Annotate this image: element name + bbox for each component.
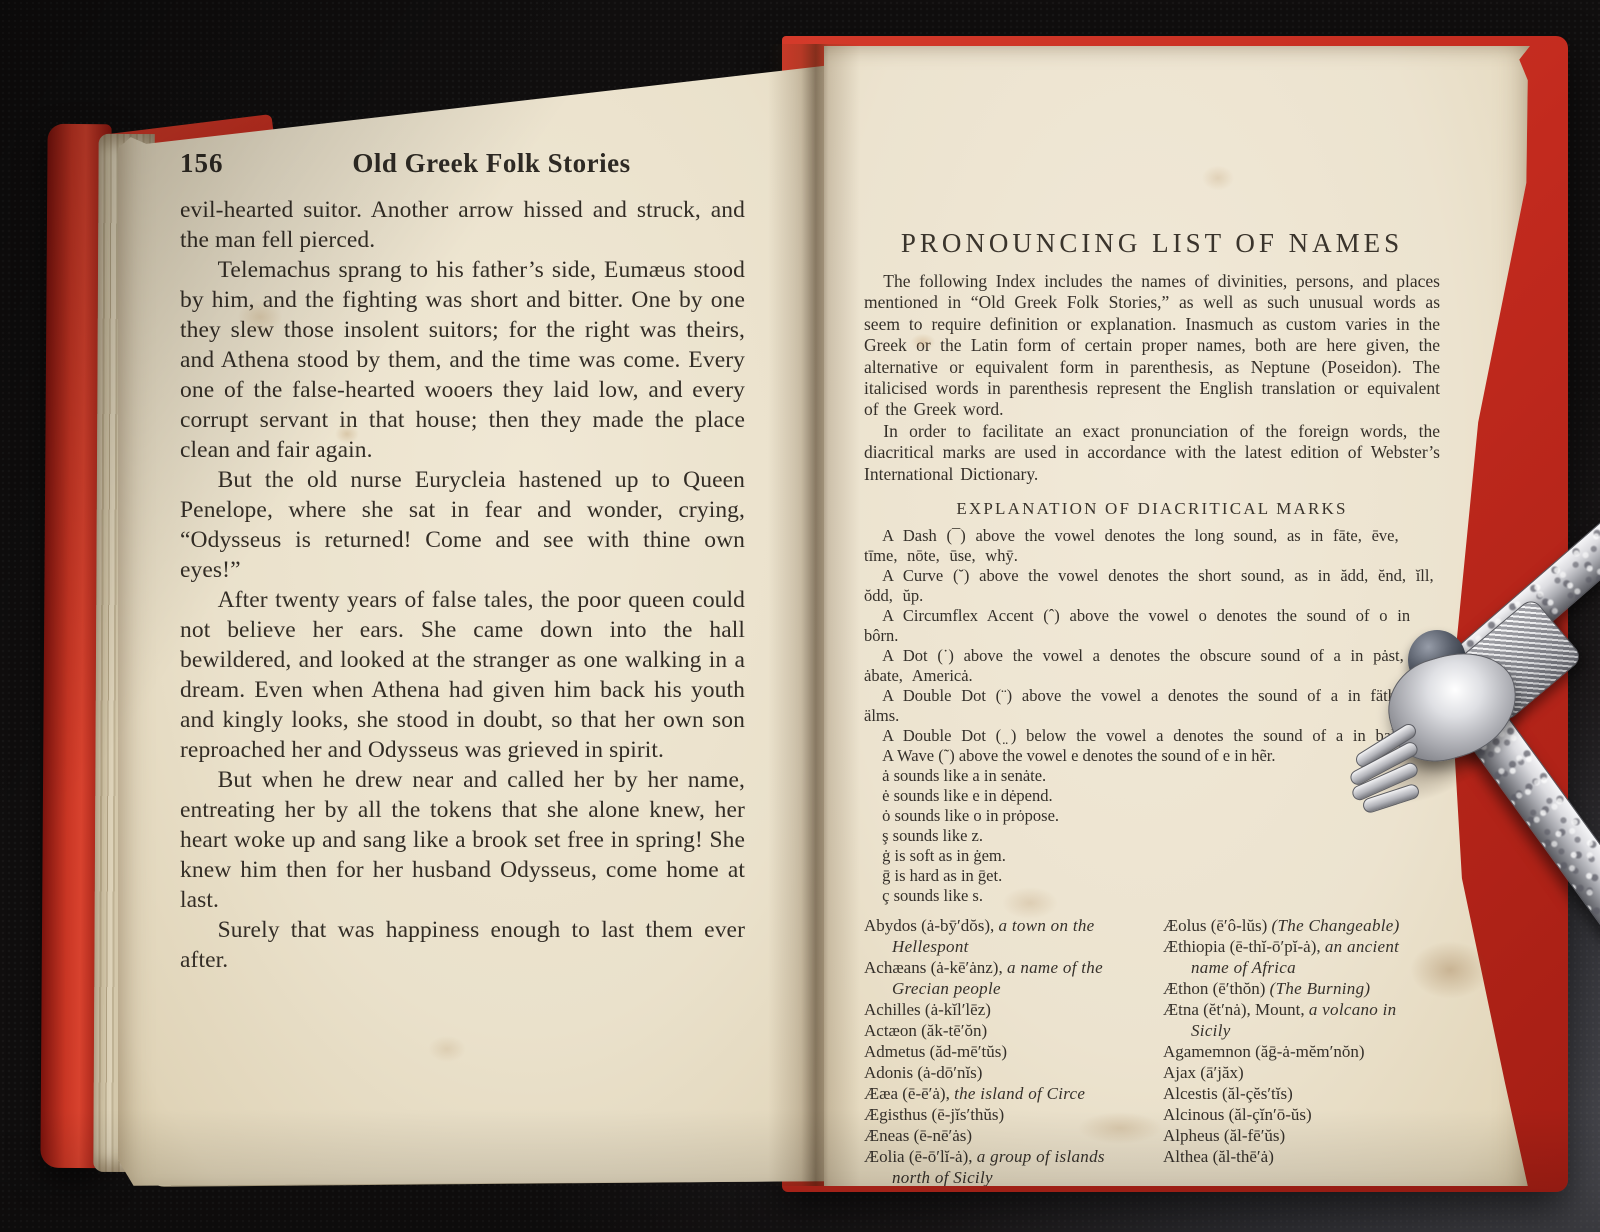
right-page: PRONOUNCING LIST OF NAMES The following … — [824, 46, 1532, 1186]
entry-name-pronunciation: Æthiopia (ē-thĭ-ō′pĭ-ȧ), — [1163, 937, 1325, 956]
entry-name-pronunciation: Agamemnon (ăḡ-ȧ-mĕm′nŏn) — [1163, 1042, 1365, 1061]
story-paragraph: But when he drew near and called her by … — [180, 765, 745, 915]
entry-name-pronunciation: Althea (ăl-thē′ȧ) — [1163, 1147, 1274, 1166]
name-entry: Abydos (ȧ-bȳ′dŏs), a town on the Hellesp… — [864, 915, 1141, 957]
name-entry: Æolia (ē-ō′lĭ-ȧ), a group of islands nor… — [864, 1146, 1141, 1186]
intro-paragraph: The following Index includes the names o… — [864, 271, 1440, 421]
entry-name-pronunciation: Admetus (ăd-mē′tŭs) — [864, 1042, 1007, 1061]
name-entry: Æneas (ē-nē′ȧs) — [864, 1125, 1141, 1146]
diacritical-rule: ş sounds like z. — [864, 826, 1440, 846]
diacritical-rule: A Dash (¯) above the vowel denotes the l… — [864, 526, 1440, 566]
diacritical-rule: A Curve (˘) above the vowel denotes the … — [864, 566, 1440, 606]
page-title: PRONOUNCING LIST OF NAMES — [864, 228, 1440, 259]
name-entry: Achæans (ȧ-kē′ȧnz), a name of the Grecia… — [864, 957, 1141, 999]
entry-name-pronunciation: Ætna (ĕt′nȧ), Mount, — [1163, 1000, 1309, 1019]
page-number-left: 156 — [180, 148, 298, 179]
entry-name-pronunciation: Actæon (ăk-tē′ŏn) — [864, 1021, 987, 1040]
name-entry: Æthon (ē′thŏn) (The Burning) — [1163, 978, 1440, 999]
name-entry: Actæon (ăk-tē′ŏn) — [864, 1020, 1141, 1041]
left-page: 156 Old Greek Folk Stories evil-hearted … — [118, 58, 824, 1188]
name-entry: Ææa (ē-ē′ȧ), the island of Circe — [864, 1083, 1141, 1104]
name-entry: Æolus (ē′ô-lŭs) (The Changeable) — [1163, 915, 1440, 936]
entry-gloss: (The Burning) — [1270, 979, 1371, 998]
intro-paragraph: In order to facilitate an exact pronunci… — [864, 421, 1440, 485]
name-entry: Achilles (ȧ-kĭl′lēz) — [864, 999, 1141, 1020]
diacritical-rules: A Dash (¯) above the vowel denotes the l… — [864, 526, 1440, 906]
entry-name-pronunciation: Achæans (ȧ-kē′ȧnz), — [864, 958, 1007, 977]
entry-name-pronunciation: Abydos (ȧ-bȳ′dŏs), — [864, 916, 999, 935]
diacritical-rule: A Dot (˙) above the vowel a denotes the … — [864, 646, 1440, 686]
entry-name-pronunciation: Ææa (ē-ē′ȧ), — [864, 1084, 954, 1103]
diacritical-rule: ç sounds like s. — [864, 886, 1440, 906]
name-entry: Ægisthus (ē-jĭs′thŭs) — [864, 1104, 1141, 1125]
name-list: Abydos (ȧ-bȳ′dŏs), a town on the Hellesp… — [864, 915, 1440, 1186]
left-page-header: 156 Old Greek Folk Stories — [180, 148, 745, 179]
name-entry: Admetus (ăd-mē′tŭs) — [864, 1041, 1141, 1062]
name-entry: Æthiopia (ē-thĭ-ō′pĭ-ȧ), an ancient name… — [1163, 936, 1440, 978]
entry-name-pronunciation: Alcestis (ăl-çĕs′tĭs) — [1163, 1084, 1293, 1103]
story-paragraph: Surely that was happiness enough to last… — [180, 915, 745, 975]
entry-name-pronunciation: Achilles (ȧ-kĭl′lēz) — [864, 1000, 991, 1019]
diacritical-rule: ȧ sounds like a in senȧte. — [864, 766, 1440, 786]
entry-name-pronunciation: Ægisthus (ē-jĭs′thŭs) — [864, 1105, 1004, 1124]
entry-gloss: the island of Circe — [954, 1084, 1085, 1103]
name-list-right-column: Æolus (ē′ô-lŭs) (The Changeable) Æthiopi… — [1163, 915, 1440, 1186]
diacritical-rule: ȯ sounds like o in prȯpose. — [864, 806, 1440, 826]
name-entry: Alcestis (ăl-çĕs′tĭs) — [1163, 1083, 1440, 1104]
diacritical-rule: A Double Dot ( ̤) below the vowel a deno… — [864, 726, 1440, 746]
entry-name-pronunciation: Alcinous (ăl-çĭn′ō-ŭs) — [1163, 1105, 1312, 1124]
entry-name-pronunciation: Ajax (ā′jăx) — [1163, 1063, 1244, 1082]
name-entry: Althea (ăl-thē′ȧ) — [1163, 1146, 1440, 1167]
story-paragraph: But the old nurse Eurycleia hastened up … — [180, 465, 745, 585]
name-entry: Alpheus (ăl-fē′ŭs) — [1163, 1125, 1440, 1146]
diacritical-rule: ġ is soft as in ġem. — [864, 846, 1440, 866]
diacritical-rule: ė sounds like e in dėpend. — [864, 786, 1440, 806]
story-paragraph: evil-hearted suitor. Another arrow hisse… — [180, 195, 745, 255]
entry-name-pronunciation: Æneas (ē-nē′ȧs) — [864, 1126, 972, 1145]
photo-background: 156 Old Greek Folk Stories evil-hearted … — [0, 0, 1600, 1232]
entry-name-pronunciation: Æthon (ē′thŏn) — [1163, 979, 1270, 998]
name-entry: Ætna (ĕt′nȧ), Mount, a volcano in Sicily — [1163, 999, 1440, 1041]
left-page-content: 156 Old Greek Folk Stories evil-hearted … — [118, 58, 824, 975]
diacritical-rule: ḡ is hard as in ḡet. — [864, 866, 1440, 886]
entry-gloss: (The Changeable) — [1272, 916, 1400, 935]
entry-name-pronunciation: Adonis (ȧ-dō′nĭs) — [864, 1063, 982, 1082]
diacritical-rule: A Wave (˜) above the vowel e denotes the… — [864, 746, 1440, 766]
diacritical-rule: A Circumflex Accent (ˆ) above the vowel … — [864, 606, 1440, 646]
entry-name-pronunciation: Æolus (ē′ô-lŭs) — [1163, 916, 1272, 935]
section-heading: EXPLANATION OF DIACRITICAL MARKS — [864, 499, 1440, 519]
name-entry: Adonis (ȧ-dō′nĭs) — [864, 1062, 1141, 1083]
right-page-content: PRONOUNCING LIST OF NAMES The following … — [824, 46, 1532, 1186]
entry-name-pronunciation: Æolia (ē-ō′lĭ-ȧ), — [864, 1147, 977, 1166]
name-entry: Ajax (ā′jăx) — [1163, 1062, 1440, 1083]
diacritical-rule: A Double Dot (¨) above the vowel a denot… — [864, 686, 1440, 726]
story-paragraph: Telemachus sprang to his father’s side, … — [180, 255, 745, 465]
name-entry: Alcinous (ăl-çĭn′ō-ŭs) — [1163, 1104, 1440, 1125]
intro-text: The following Index includes the names o… — [864, 271, 1440, 485]
name-list-left-column: Abydos (ȧ-bȳ′dŏs), a town on the Hellesp… — [864, 915, 1141, 1186]
story-text: evil-hearted suitor. Another arrow hisse… — [180, 195, 745, 975]
running-title: Old Greek Folk Stories — [298, 148, 745, 179]
story-paragraph: After twenty years of false tales, the p… — [180, 585, 745, 765]
entry-name-pronunciation: Alpheus (ăl-fē′ŭs) — [1163, 1126, 1285, 1145]
name-entry: Agamemnon (ăḡ-ȧ-mĕm′nŏn) — [1163, 1041, 1440, 1062]
